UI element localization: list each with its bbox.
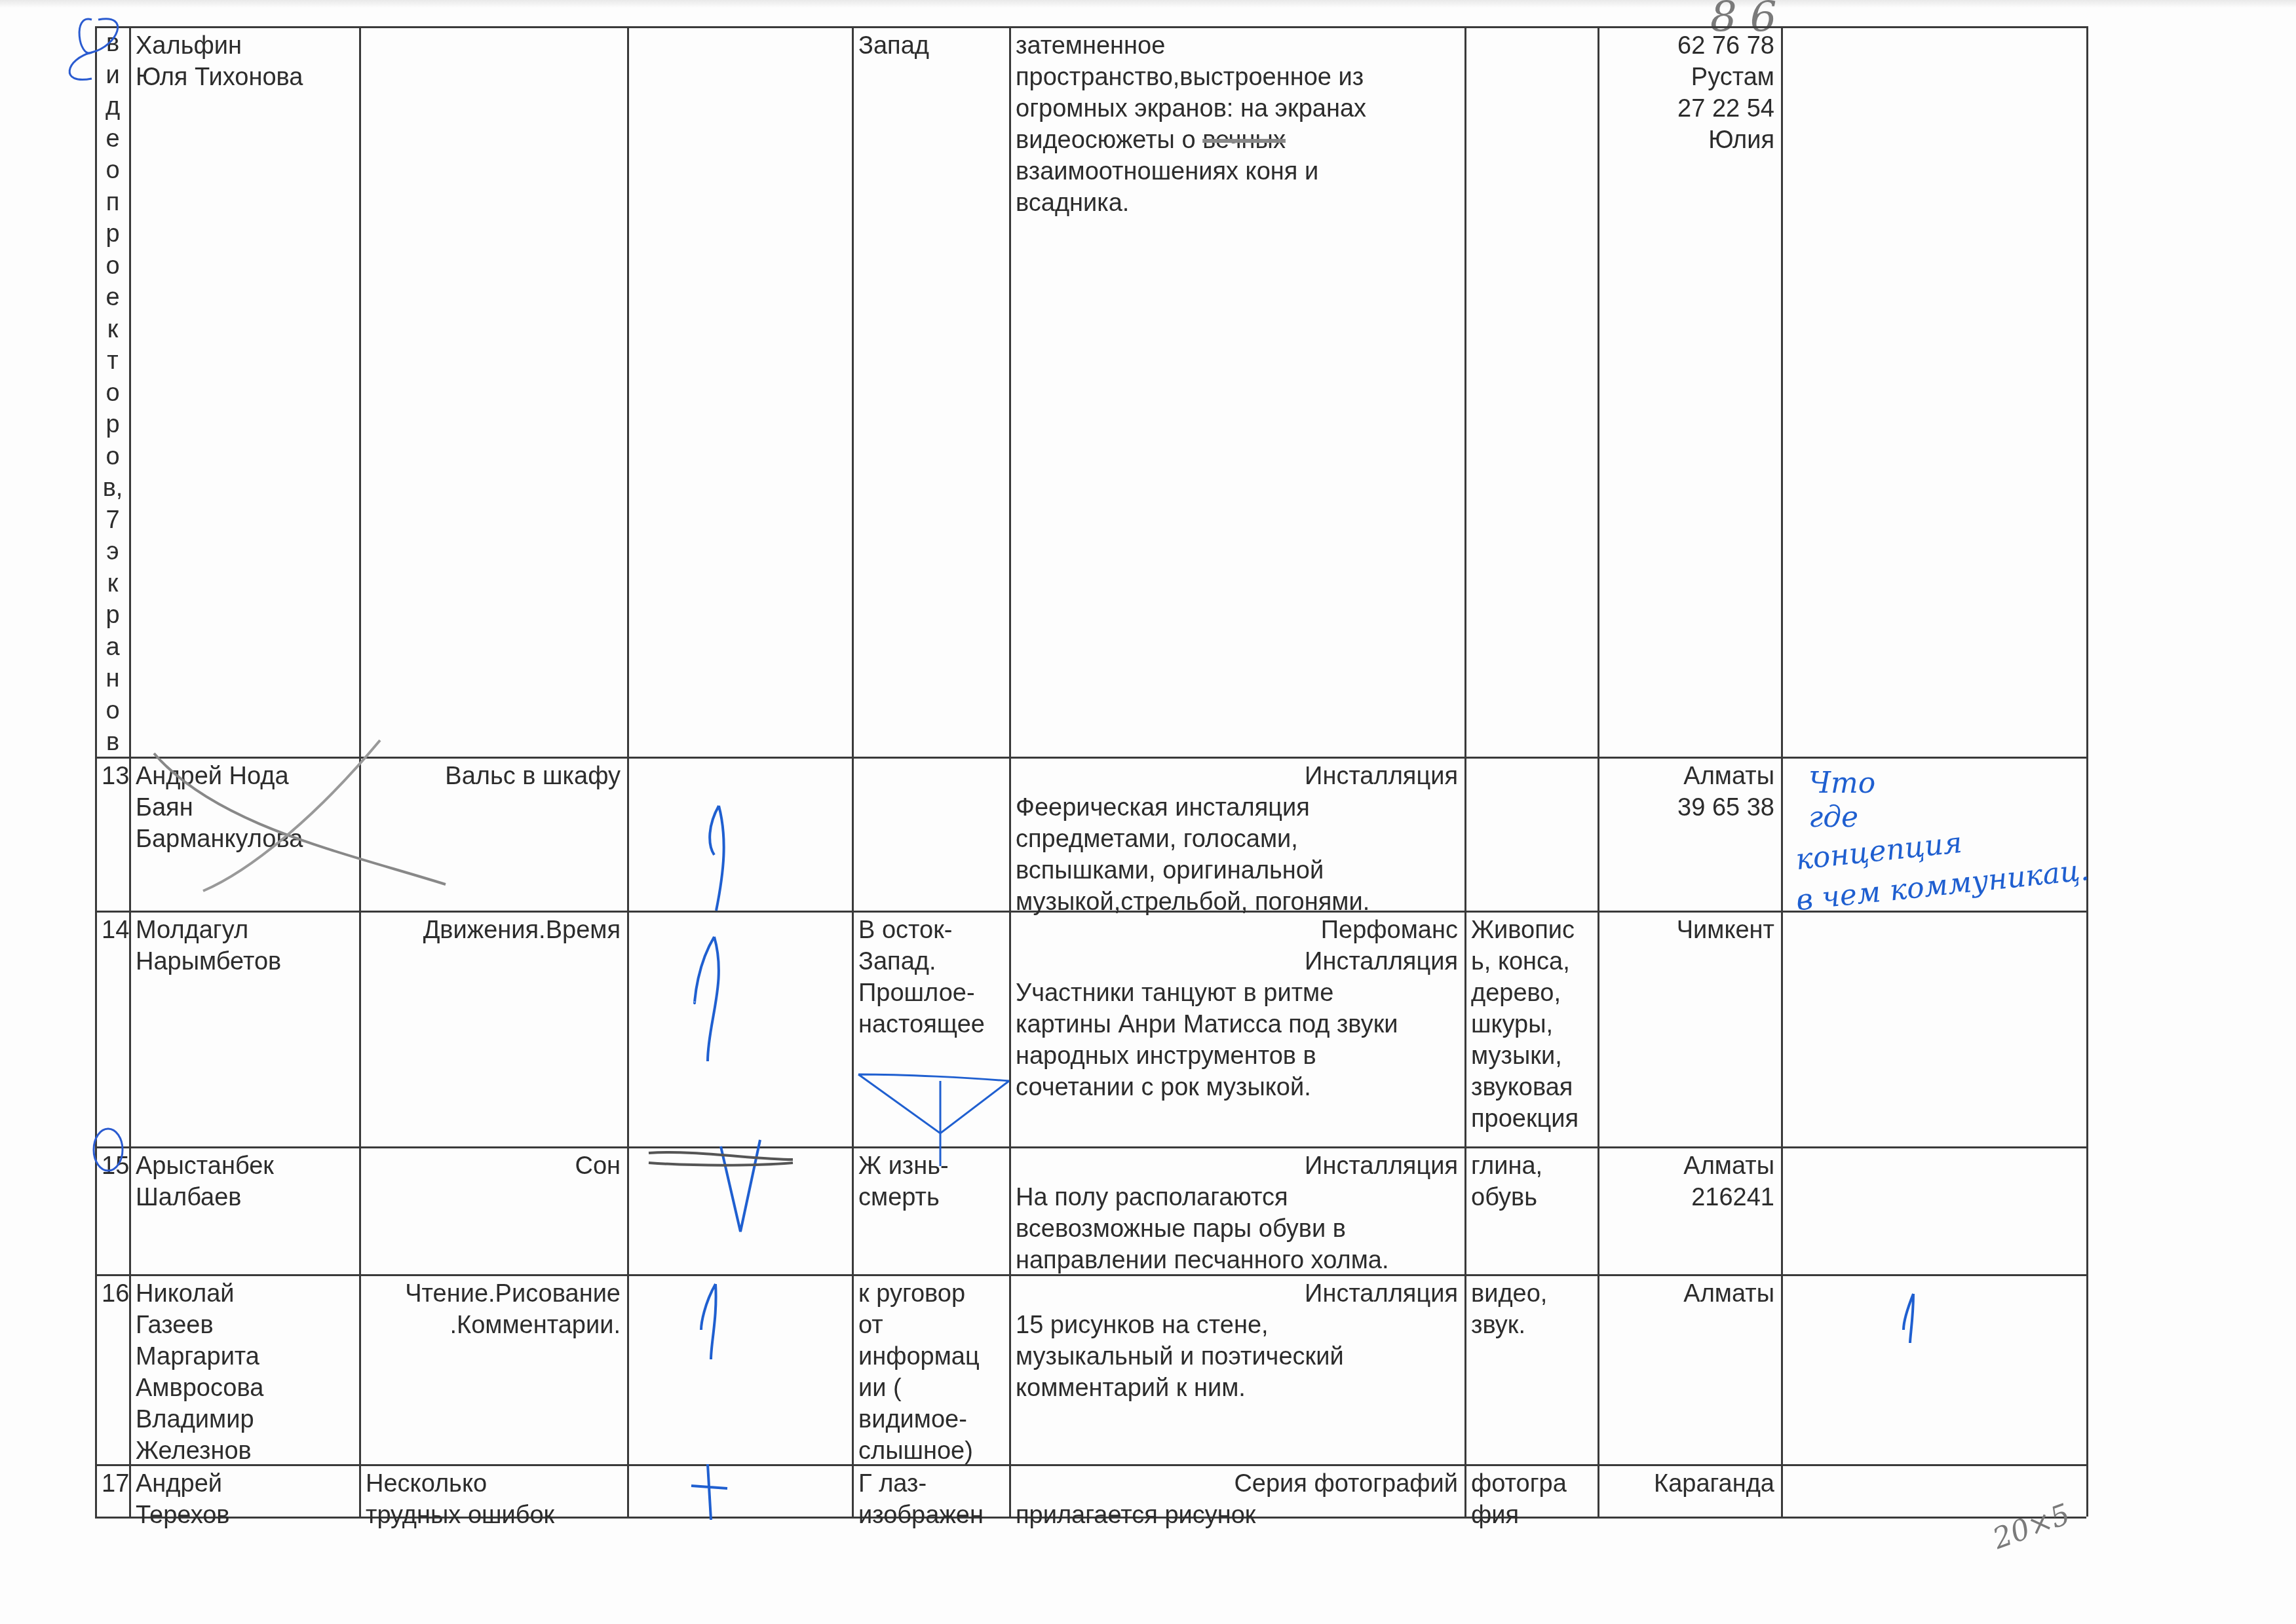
- cell-line: Хальфин: [136, 30, 353, 62]
- cell-author: НиколайГазеевМаргаритаАмвросоваВладимирЖ…: [129, 1274, 359, 1464]
- cell-line: ь, конса,: [1471, 946, 1591, 977]
- cell-line: пространство,выстроенное из: [1016, 62, 1458, 93]
- cell-line: шкуры,: [1471, 1009, 1591, 1040]
- cell-materials: фотография: [1464, 1464, 1598, 1517]
- cell-materials: видео,звук.: [1464, 1274, 1598, 1464]
- cell-line: музыки,: [1471, 1040, 1591, 1072]
- cell-title: Движения.Время: [359, 911, 627, 1146]
- cell-line: Феерическая инсталяция: [1016, 792, 1458, 823]
- cell-line: звуковая: [1471, 1072, 1591, 1103]
- cell-line: изображен: [858, 1500, 1003, 1531]
- cell-line: Юля Тихонова: [136, 62, 353, 93]
- cell-line: Андрей Нода: [136, 761, 353, 792]
- cell-line: Николай: [136, 1278, 353, 1310]
- cell-line: от: [858, 1310, 1003, 1341]
- cell-line: Запад: [858, 30, 1003, 62]
- cell-line: Живопис: [1471, 915, 1591, 946]
- cell-description: затемненноепространство,выстроенное изог…: [1009, 26, 1464, 757]
- cell-line: фия: [1471, 1500, 1591, 1531]
- cell-line: Инсталляция: [1016, 1150, 1458, 1182]
- cell-line: Инсталляция: [1016, 946, 1458, 977]
- cell-line: Перфоманс: [1016, 915, 1458, 946]
- cell-theme: к руговоротинформации (видимое-слышное): [852, 1274, 1009, 1464]
- cell-line: В осток-: [858, 915, 1003, 946]
- vertical-label-char: в: [96, 727, 129, 759]
- cell-line: сочетании с рок музыкой.: [1016, 1072, 1458, 1103]
- vertical-label-char: е: [96, 282, 129, 314]
- vertical-label-char: д: [96, 91, 129, 123]
- cell-title: Сон: [359, 1146, 627, 1274]
- struck-word: вечных: [1202, 126, 1286, 154]
- cell-line: комментарий к ним.: [1016, 1372, 1458, 1404]
- cell-line: 27 22 54: [1604, 93, 1774, 124]
- cell-line: Запад.: [858, 946, 1003, 977]
- cell-line: направлении песчанного холма.: [1016, 1245, 1458, 1276]
- cell-line: Арыстанбек: [136, 1150, 353, 1182]
- cell-line: 39 65 38: [1604, 792, 1774, 823]
- cell-row-number: 13: [95, 757, 129, 911]
- cell-city-contact: Чимкент: [1598, 911, 1781, 1146]
- cell-line: спредметами, голосами,: [1016, 823, 1458, 855]
- cell-line: 15 рисунков на стене,: [1016, 1310, 1458, 1341]
- vertical-label-char: в: [96, 28, 129, 60]
- cell-line: .Комментарии.: [366, 1310, 621, 1341]
- vertical-label-char: о: [96, 155, 129, 187]
- cell-line: Юлия: [1604, 124, 1774, 156]
- cell-line: Алматы: [1604, 1278, 1774, 1310]
- cell-line: Газеев: [136, 1310, 353, 1341]
- cell-line: взаимоотношениях коня и: [1016, 156, 1458, 187]
- vertical-label-char: п: [96, 187, 129, 219]
- cell-row-number: 15: [95, 1146, 129, 1274]
- cell-theme: Запад: [852, 26, 1009, 757]
- vertical-label-char: а: [96, 632, 129, 664]
- cell-line: Железнов: [136, 1435, 353, 1467]
- cell-line: видео,: [1471, 1278, 1591, 1310]
- bottom-pencil-note: 20×5: [1989, 1498, 2075, 1556]
- cell-line: Владимир: [136, 1404, 353, 1435]
- cell-line: звук.: [1471, 1310, 1591, 1341]
- vertical-label-char: т: [96, 345, 129, 377]
- cell-line: смерть: [858, 1182, 1003, 1213]
- cell-line: проекция: [1471, 1103, 1591, 1135]
- cell-line: картины Анри Матисса под звуки: [1016, 1009, 1458, 1040]
- cell-line: глина,: [1471, 1150, 1591, 1182]
- cell-author: АрыстанбекШалбаев: [129, 1146, 359, 1274]
- vertical-label-char: р: [96, 599, 129, 632]
- scan-edge-shadow: [0, 0, 2296, 8]
- cell-author: Андрей НодаБаянБарманкулова: [129, 757, 359, 911]
- vertical-label-char: о: [96, 250, 129, 282]
- vertical-label-char: 7: [96, 504, 129, 537]
- table-column-border: [1781, 26, 1783, 1517]
- cell-line: видеосюжеты о вечных: [1016, 124, 1458, 156]
- cell-line: Прошлое-: [858, 977, 1003, 1009]
- cell-line: вспышками, оригинальной: [1016, 855, 1458, 886]
- cell-line: Сон: [366, 1150, 621, 1182]
- cell-line: народных инструментов в: [1016, 1040, 1458, 1072]
- cell-city-contact: 62 76 78Рустам27 22 54Юлия: [1598, 26, 1781, 757]
- cell-line: фотогра: [1471, 1468, 1591, 1500]
- cell-line: 16: [102, 1278, 123, 1310]
- cell-city-contact: Алматы: [1598, 1274, 1781, 1464]
- vertical-label-char: к: [96, 314, 129, 346]
- cell-line: Караганда: [1604, 1468, 1774, 1500]
- cell-line: Молдагул: [136, 915, 353, 946]
- cell-materials: глина,обувь: [1464, 1146, 1598, 1274]
- cell-line: 62 76 78: [1604, 30, 1774, 62]
- cell-line: музыкальный и поэтический: [1016, 1341, 1458, 1372]
- cell-line: Андрей: [136, 1468, 353, 1500]
- table-column-border: [627, 26, 629, 1517]
- cell-line: Серия фотографий: [1016, 1468, 1458, 1500]
- cell-line: Баян: [136, 792, 353, 823]
- cell-line: Маргарита: [136, 1341, 353, 1372]
- cell-line: Несколько: [366, 1468, 621, 1500]
- cell-line: Барманкулова: [136, 823, 353, 855]
- cell-author: АндрейТерехов: [129, 1464, 359, 1517]
- cell-line: Г лаз-: [858, 1468, 1003, 1500]
- cell-title: Чтение.Рисование.Комментарии.: [359, 1274, 627, 1464]
- cell-line: Рустам: [1604, 62, 1774, 93]
- cell-line: 14: [102, 915, 123, 946]
- vertical-label-char: е: [96, 123, 129, 155]
- table-column-border: [2086, 26, 2088, 1517]
- cell-materials: [1464, 757, 1598, 911]
- cell-row-number: 14: [95, 911, 129, 1146]
- cell-line: 216241: [1604, 1182, 1774, 1213]
- cell-author: ХальфинЮля Тихонова: [129, 26, 359, 757]
- cell-theme: В осток-Запад.Прошлое-настоящее: [852, 911, 1009, 1146]
- cell-line: Вальс в шкафу: [366, 761, 621, 792]
- cell-line: Чтение.Рисование: [366, 1278, 621, 1310]
- cell-genre-description: ПерфомансИнсталляцияУчастники танцуют в …: [1009, 911, 1464, 1146]
- cell-city-contact: Алматы216241: [1598, 1146, 1781, 1274]
- cell-genre-description: ИнсталляцияНа полу располагаютсявсевозмо…: [1009, 1146, 1464, 1274]
- cell-genre-description: Серия фотографийприлагается рисунок: [1009, 1464, 1464, 1517]
- cell-line: На полу располагаются: [1016, 1182, 1458, 1213]
- vertical-label-char: э: [96, 536, 129, 568]
- cell-line: 15: [102, 1150, 123, 1182]
- vertical-label-video-projectors: видеопроекторов,7экранов: [96, 28, 129, 759]
- cell-title: Вальс в шкафу: [359, 757, 627, 911]
- vertical-label-char: о: [96, 695, 129, 727]
- vertical-label-char: к: [96, 568, 129, 600]
- vertical-label-char: в,: [96, 472, 129, 504]
- cell-line: Участники танцуют в ритме: [1016, 977, 1458, 1009]
- cell-genre-description: Инсталляция 15 рисунков на стене,музыкал…: [1009, 1274, 1464, 1464]
- vertical-label-char: н: [96, 663, 129, 695]
- cell-genre-description: ИнсталляцияФеерическая инсталяцияспредме…: [1009, 757, 1464, 911]
- cell-line: Амвросова: [136, 1372, 353, 1404]
- vertical-label-char: р: [96, 218, 129, 250]
- cell-line: Движения.Время: [366, 915, 621, 946]
- cell-line: информац: [858, 1341, 1003, 1372]
- cell-row-number: 17: [95, 1464, 129, 1517]
- cell-theme: Ж изнь-смерть: [852, 1146, 1009, 1274]
- cell-line: трудных ошибок: [366, 1500, 621, 1531]
- cell-line: Инсталляция: [1016, 1278, 1458, 1310]
- cell-line: видимое-: [858, 1404, 1003, 1435]
- cell-line: настоящее: [858, 1009, 1003, 1040]
- cell-line: дерево,: [1471, 977, 1591, 1009]
- vertical-label-char: и: [96, 60, 129, 92]
- cell-line: обувь: [1471, 1182, 1591, 1213]
- handwritten-note-line: Что: [1808, 766, 1875, 800]
- cell-line: 13: [102, 761, 123, 792]
- cell-line: огромных экранов: на экранах: [1016, 93, 1458, 124]
- cell-theme: [852, 757, 1009, 911]
- cell-city-contact: Караганда: [1598, 1464, 1781, 1517]
- cell-line: всевозможные пары обуви в: [1016, 1213, 1458, 1245]
- cell-materials: Живопись, конса,дерево,шкуры,музыки,звук…: [1464, 911, 1598, 1146]
- cell-line: Инсталляция: [1016, 761, 1458, 792]
- cell-line: прилагается рисунок: [1016, 1500, 1458, 1531]
- cell-line: 17: [102, 1468, 123, 1500]
- cell-line: Терехов: [136, 1500, 353, 1531]
- cell-theme: Г лаз-изображен: [852, 1464, 1009, 1517]
- cell-line: Нарымбетов: [136, 946, 353, 977]
- cell-line: затемненное: [1016, 30, 1458, 62]
- handwritten-note-line: где: [1808, 801, 1858, 834]
- vertical-label-char: о: [96, 441, 129, 473]
- cell-line: Шалбаев: [136, 1182, 353, 1213]
- cell-line: Ж изнь-: [858, 1150, 1003, 1182]
- vertical-label-char: о: [96, 377, 129, 409]
- cell-row-number: 16: [95, 1274, 129, 1464]
- cell-line: Алматы: [1604, 1150, 1774, 1182]
- cell-line: Чимкент: [1604, 915, 1774, 946]
- cell-line: Алматы: [1604, 761, 1774, 792]
- cell-title: Несколькотрудных ошибок: [359, 1464, 627, 1517]
- cell-author: МолдагулНарымбетов: [129, 911, 359, 1146]
- cell-line: ии (: [858, 1372, 1003, 1404]
- cell-city-contact: Алматы39 65 38: [1598, 757, 1781, 911]
- cell-line: слышное): [858, 1435, 1003, 1467]
- cell-line: всадника.: [1016, 187, 1458, 219]
- cell-line: к руговор: [858, 1278, 1003, 1310]
- vertical-label-char: р: [96, 409, 129, 441]
